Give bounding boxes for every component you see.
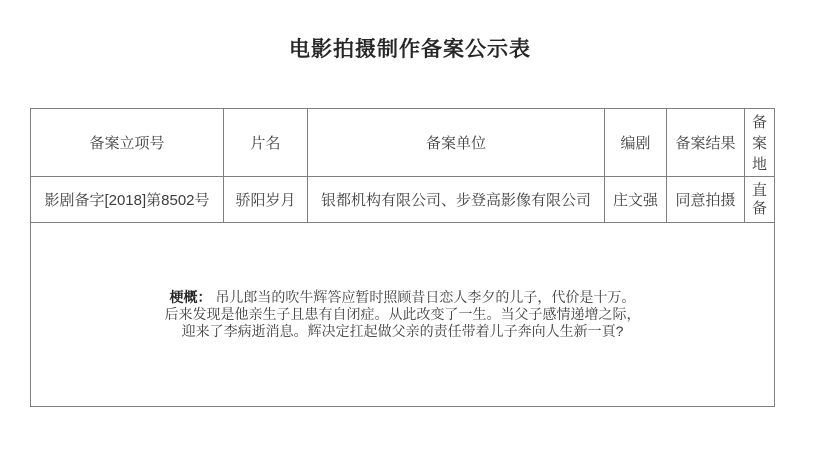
synopsis-label: 梗概： (170, 289, 212, 305)
header-filing-result: 备案结果 (667, 109, 745, 177)
synopsis-line-3-text: 迎来了李病逝消息。辉决定扛起做父亲的责任带着儿子奔向人生新一頁? (182, 323, 624, 339)
filing-table: 备案立项号 片名 备案单位 编剧 备案结果 备案地 影剧备字[2018]第850… (30, 108, 775, 407)
cell-film-title: 骄阳岁月 (224, 177, 308, 223)
synopsis-line-1-text: 吊儿郎当的吹牛辉答应暂时照顾昔日恋人李夕的儿子，代价是十万。 (215, 289, 635, 305)
cell-filing-result: 同意拍摄 (667, 177, 745, 223)
header-filing-location: 备案地 (745, 109, 775, 177)
header-filing-unit: 备案单位 (308, 109, 605, 177)
synopsis-row: 梗概： 吊儿郎当的吹牛辉答应暂时照顾昔日恋人李夕的儿子，代价是十万。 后来发现是… (31, 223, 775, 407)
cell-filing-number: 影剧备字[2018]第8502号 (31, 177, 224, 223)
filing-publicity-page: 电影拍摄制作备案公示表 备案立项号 片名 备案单位 编剧 备案结果 备案地 影剧… (0, 0, 820, 461)
page-title: 电影拍摄制作备案公示表 (0, 33, 820, 63)
header-film-title: 片名 (224, 109, 308, 177)
table-data-row: 影剧备字[2018]第8502号 骄阳岁月 银都机构有限公司、步登高影像有限公司… (31, 177, 775, 223)
header-filing-number: 备案立项号 (31, 109, 224, 177)
synopsis-line-2-text: 后来发现是他亲生子且患有自闭症。从此改变了一生。当父子感情递增之际， (165, 306, 641, 322)
synopsis-line-1: 梗概： 吊儿郎当的吹牛辉答应暂时照顾昔日恋人李夕的儿子，代价是十万。 (33, 289, 772, 306)
synopsis-cell: 梗概： 吊儿郎当的吹牛辉答应暂时照顾昔日恋人李夕的儿子，代价是十万。 后来发现是… (31, 223, 775, 407)
header-screenwriter: 编剧 (605, 109, 667, 177)
table-header-row: 备案立项号 片名 备案单位 编剧 备案结果 备案地 (31, 109, 775, 177)
cell-filing-location: 直备 (745, 177, 775, 223)
cell-filing-unit: 银都机构有限公司、步登高影像有限公司 (308, 177, 605, 223)
synopsis-text: 梗概： 吊儿郎当的吹牛辉答应暂时照顾昔日恋人李夕的儿子，代价是十万。 后来发现是… (33, 289, 772, 340)
cell-screenwriter: 庄文强 (605, 177, 667, 223)
